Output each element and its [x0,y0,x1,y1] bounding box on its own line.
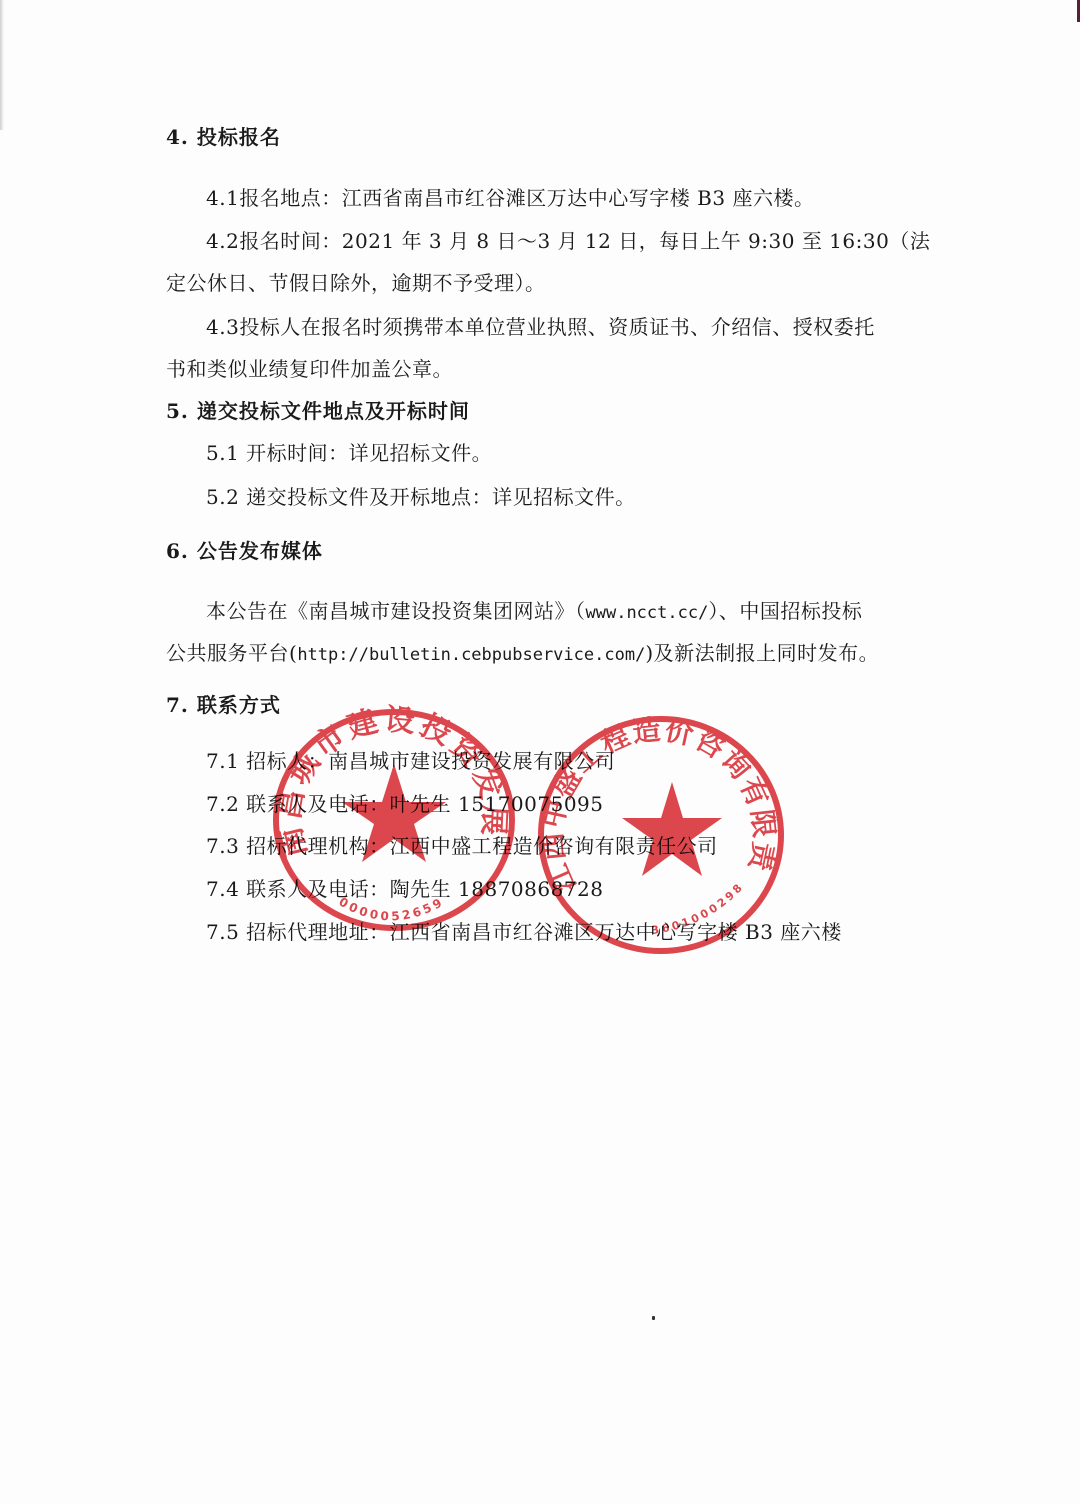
item-number: 7.2 [206,792,239,816]
cebpubservice-url-link[interactable]: http://bulletin.cebpubservice.com/ [297,645,645,665]
section-heading-5: 5. 递交投标文件地点及开标时间 [166,398,470,424]
contact-item-7-3: 7.3 招标代理机构：江西中盛工程造价咨询有限责任公司 [206,833,718,859]
item-text: 报名地点：江西省南昌市红谷滩区万达中心写字楼 B3 座六楼。 [239,186,814,210]
item-4-2: 4.2报名时间：2021 年 3 月 8 日～3 月 12 日，每日上午 9:3… [206,228,930,254]
ncct-url-link[interactable]: www.ncct.cc/ [586,603,709,623]
item-number: 4.1 [206,186,239,210]
item-4-1: 4.1报名地点：江西省南昌市红谷滩区万达中心写字楼 B3 座六楼。 [206,185,814,211]
item-number: 7.4 [206,877,239,901]
item-text: 投标人在报名时须携带本单位营业执照、资质证书、介绍信、授权委托 [239,315,875,339]
scan-speck [652,1316,655,1320]
item-text: 招标代理机构：江西中盛工程造价咨询有限责任公司 [246,834,718,858]
item-number: 5.1 [206,441,239,465]
item-text: 报名时间：2021 年 3 月 8 日～3 月 12 日，每日上午 9:30 至… [239,229,930,253]
section-heading-6: 6. 公告发布媒体 [166,538,323,564]
item-5-1: 5.1 开标时间：详见招标文件。 [206,440,492,466]
item-number: 4.3 [206,315,239,339]
section-heading-4: 4. 投标报名 [166,124,281,150]
scan-edge-left [0,0,4,130]
item-4-2-continued: 定公休日、节假日除外，逾期不予受理）。 [166,270,546,296]
media-paragraph-line2: 公共服务平台(http://bulletin.cebpubservice.com… [166,640,879,668]
contact-item-7-4: 7.4 联系人及电话：陶先生 18870868728 [206,876,604,902]
item-4-3-continued: 书和类似业绩复印件加盖公章。 [166,356,453,382]
star-icon [622,782,722,876]
media-text: ）、中国招标投标 [708,599,862,623]
section-heading-7: 7. 联系方式 [166,692,281,718]
item-number: 4.2 [206,229,239,253]
media-text: 公共服务平台( [166,641,297,665]
media-text: 本公告在《南昌城市建设投资集团网站》（ [206,599,586,623]
contact-item-7-5: 7.5 招标代理地址：江西省南昌市红谷滩区万达中心写字楼 B3 座六楼 [206,919,842,945]
item-5-2: 5.2 递交投标文件及开标地点：详见招标文件。 [206,484,636,510]
media-text: )及新法制报上同时发布。 [645,641,879,665]
media-paragraph-line1: 本公告在《南昌城市建设投资集团网站》（www.ncct.cc/）、中国招标投标 [206,598,862,626]
item-4-3: 4.3投标人在报名时须携带本单位营业执照、资质证书、介绍信、授权委托 [206,314,875,340]
item-number: 7.1 [206,749,239,773]
item-text: 招标人：南昌城市建设投资发展有限公司 [246,749,615,773]
item-text: 递交投标文件及开标地点：详见招标文件。 [246,485,636,509]
contact-item-7-1: 7.1 招标人：南昌城市建设投资发展有限公司 [206,748,615,774]
item-text: 联系人及电话：叶先生 15170075095 [246,792,603,816]
item-number: 7.3 [206,834,239,858]
item-text: 联系人及电话：陶先生 18870868728 [246,877,603,901]
item-text: 开标时间：详见招标文件。 [246,441,492,465]
contact-item-7-2: 7.2 联系人及电话：叶先生 15170075095 [206,791,604,817]
item-number: 5.2 [206,485,239,509]
item-number: 7.5 [206,920,239,944]
scanned-document-page: 4. 投标报名 4.1报名地点：江西省南昌市红谷滩区万达中心写字楼 B3 座六楼… [0,0,1080,1504]
item-text: 招标代理地址：江西省南昌市红谷滩区万达中心写字楼 B3 座六楼 [246,920,842,944]
